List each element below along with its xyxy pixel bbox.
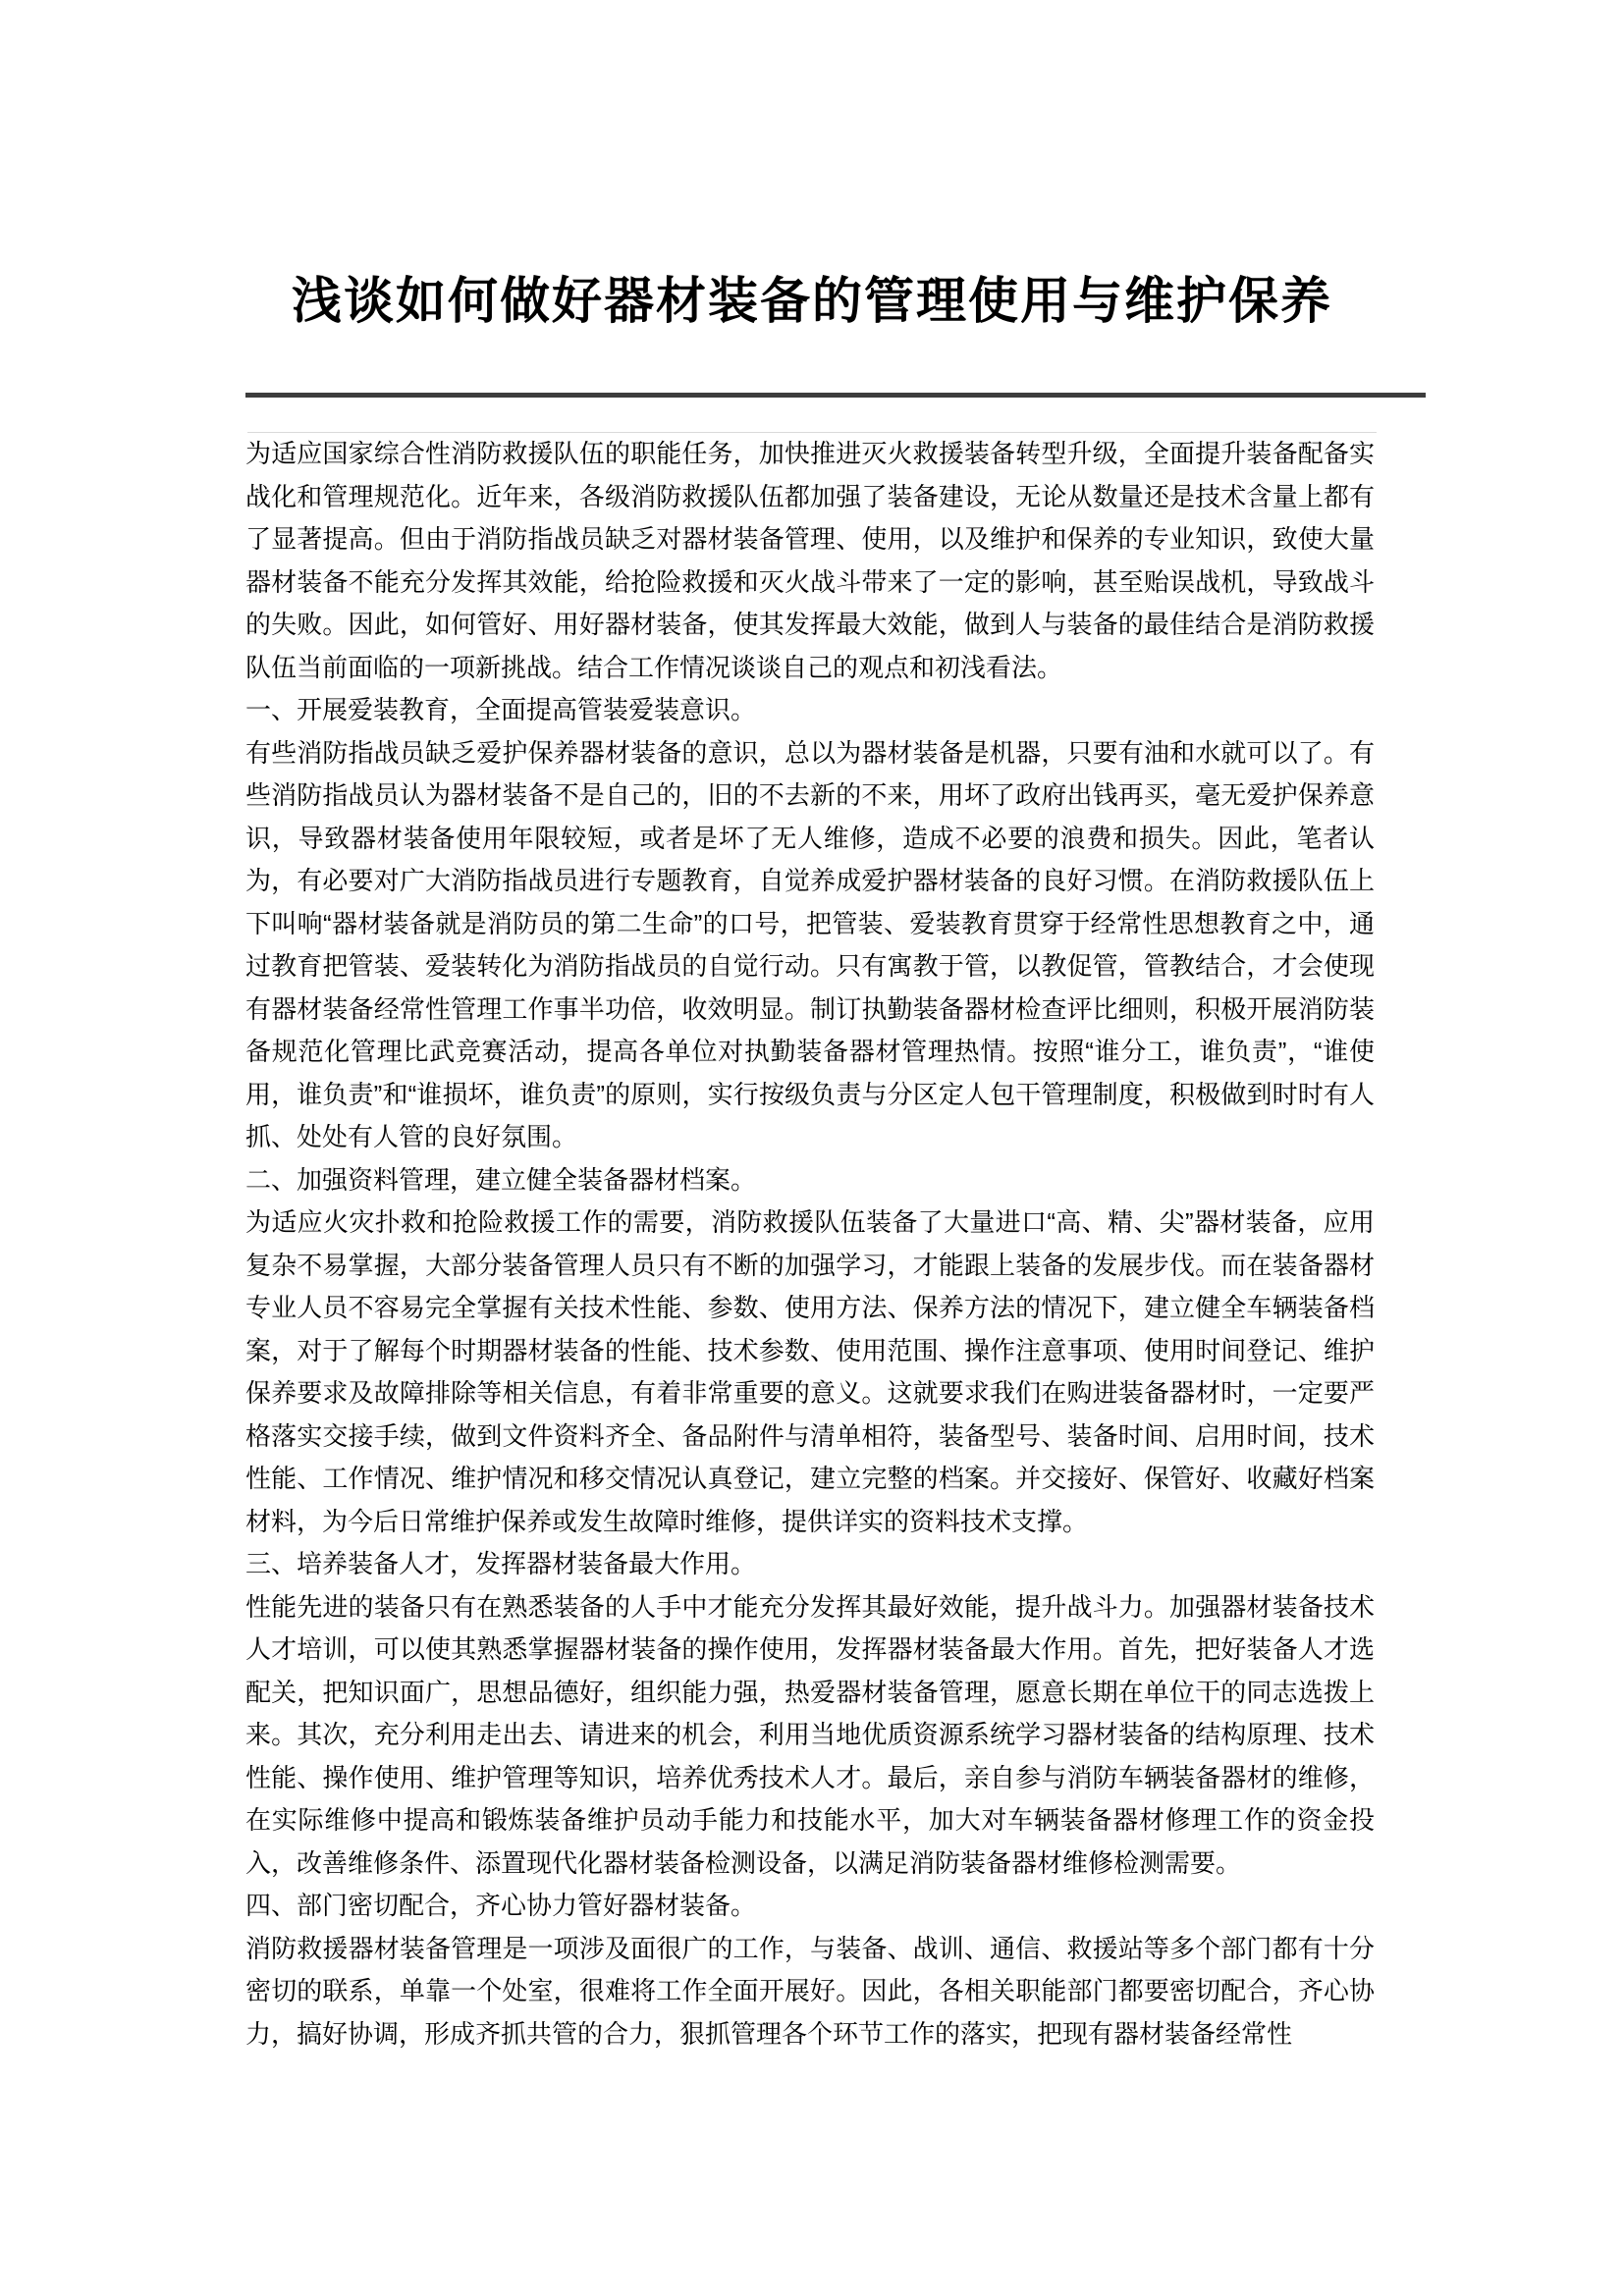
paragraph-section-4: 消防救援器材装备管理是一项涉及面很广的工作，与装备、战训、通信、救援站等多个部门… [245,1928,1375,2056]
paragraph-section-3: 性能先进的装备只有在熟悉装备的人手中才能充分发挥其最好效能，提升战斗力。加强器材… [245,1586,1375,1886]
document-page: 浅谈如何做好器材装备的管理使用与维护保养 为适应国家综合性消防救援队伍的职能任务… [0,0,1624,2296]
paragraph-intro: 为适应国家综合性消防救援队伍的职能任务，加快推进灭火救援装备转型升级，全面提升装… [245,433,1375,689]
section-heading-4: 四、部门密切配合，齐心协力管好器材装备。 [245,1885,1375,1928]
document-title: 浅谈如何做好器材装备的管理使用与维护保养 [0,271,1624,332]
paragraph-section-2: 为适应火灾扑救和抢险救援工作的需要，消防救援队伍装备了大量进口“高、精、尖”器材… [245,1201,1375,1543]
document-body: 为适应国家综合性消防救援队伍的职能任务，加快推进灭火救援装备转型升级，全面提升装… [245,433,1375,2056]
section-heading-2: 二、加强资料管理，建立健全装备器材档案。 [245,1159,1375,1202]
section-heading-3: 三、培养装备人才，发挥器材装备最大作用。 [245,1543,1375,1586]
paragraph-section-1: 有些消防指战员缺乏爱护保养器材装备的意识，总以为器材装备是机器，只要有油和水就可… [245,732,1375,1159]
section-heading-1: 一、开展爱装教育，全面提高管装爱装意识。 [245,689,1375,732]
title-divider-rule [245,393,1426,398]
